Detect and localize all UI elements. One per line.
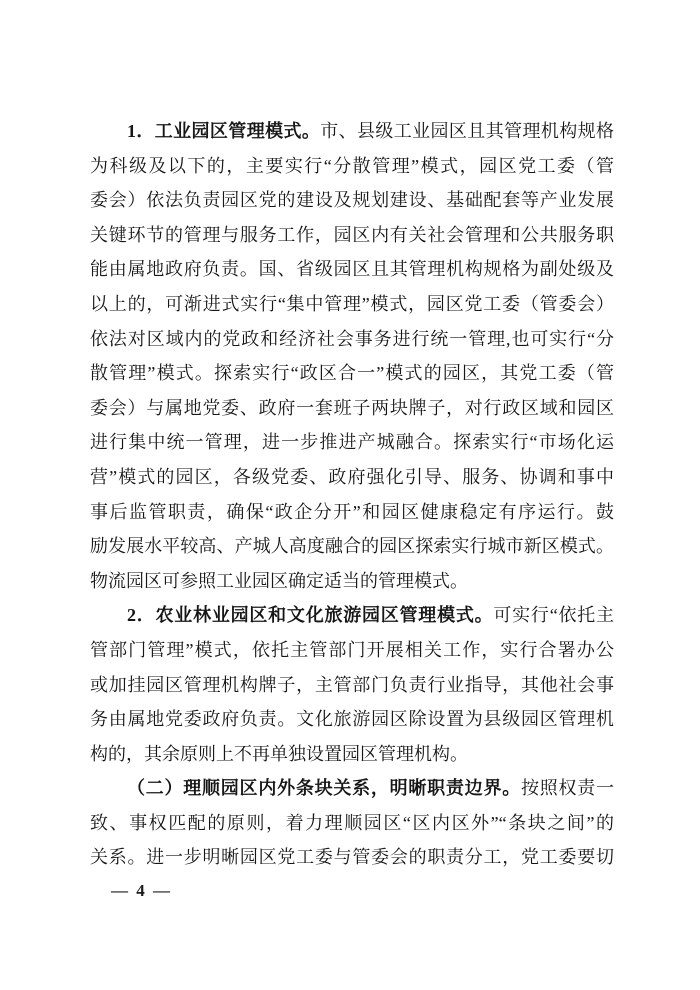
text-line: 关键环节的管理与服务工作，园区内有关社会管理和公共服务职: [90, 218, 614, 253]
text-line: 致、事权匹配的原则，着力理顺园区“区内区外”“条块之间”的: [90, 806, 614, 841]
text-line: 为科级及以下的，主要实行“分散管理”模式，园区党工委（管: [90, 149, 614, 184]
heading-run: 1．工业园区管理模式。: [127, 121, 320, 141]
text-run: 务由属地党委政府负责。文化旅游园区除设置为县级园区管理机: [90, 709, 614, 729]
text-line: （二）理顺园区内外条块关系，明晰职责边界。按照权责一: [90, 771, 614, 806]
text-line: 散管理”模式。探索实行“政区合一”模式的园区，其党工委（管: [90, 356, 614, 391]
text-run: 关键环节的管理与服务工作，园区内有关社会管理和公共服务职: [90, 225, 614, 245]
text-run: 以上的，可渐进式实行“集中管理”模式，园区党工委（管委会）: [90, 294, 614, 314]
text-line: 事后监管职责，确保“政企分开”和园区健康稳定有序运行。鼓: [90, 495, 614, 530]
text-run: 致、事权匹配的原则，着力理顺园区“区内区外”“条块之间”的: [90, 813, 614, 833]
document-page: 1．工业园区管理模式。市、县级工业园区且其管理机构规格为科级及以下的，主要实行“…: [0, 0, 700, 990]
text-run: 构的，其余原则上不再单独设置园区管理机构。: [90, 744, 468, 764]
text-line: 或加挂园区管理机构牌子，主管部门负责行业指导，其他社会事: [90, 668, 614, 703]
text-line: 进行集中统一管理，进一步推进产城融合。探索实行“市场化运: [90, 425, 614, 460]
text-run: 散管理”模式。探索实行“政区合一”模式的园区，其党工委（管: [90, 363, 614, 383]
text-line: 管部门管理”模式，依托主管部门开展相关工作，实行合署办公: [90, 633, 614, 668]
heading-run: 2．农业林业园区和文化旅游园区管理模式。: [127, 605, 493, 625]
text-line: 励发展水平较高、产城人高度融合的园区探索实行城市新区模式。: [90, 529, 614, 564]
document-body: 1．工业园区管理模式。市、县级工业园区且其管理机构规格为科级及以下的，主要实行“…: [90, 114, 614, 875]
text-line: 物流园区可参照工业园区确定适当的管理模式。: [90, 564, 614, 599]
text-run: 事后监管职责，确保“政企分开”和园区健康稳定有序运行。鼓: [90, 502, 614, 522]
text-line: 以上的，可渐进式实行“集中管理”模式，园区党工委（管委会）: [90, 287, 614, 322]
text-run: 励发展水平较高、产城人高度融合的园区探索实行城市新区模式。: [90, 536, 614, 556]
text-line: 委会）与属地党委、政府一套班子两块牌子，对行政区域和园区: [90, 391, 614, 426]
text-line: 关系。进一步明晰园区党工委与管委会的职责分工，党工委要切: [90, 840, 614, 875]
page-number: — 4 —: [111, 881, 172, 901]
text-line: 务由属地党委政府负责。文化旅游园区除设置为县级园区管理机: [90, 702, 614, 737]
text-run: 管部门管理”模式，依托主管部门开展相关工作，实行合署办公: [90, 640, 614, 660]
text-run: 物流园区可参照工业园区确定适当的管理模式。: [90, 571, 468, 591]
text-run: 委会）与属地党委、政府一套班子两块牌子，对行政区域和园区: [90, 398, 614, 418]
text-run: 市、县级工业园区且其管理机构规格: [320, 121, 614, 141]
text-line: 2．农业林业园区和文化旅游园区管理模式。可实行“依托主: [90, 598, 614, 633]
text-run: 可实行“依托主: [493, 605, 614, 625]
text-line: 营”模式的园区，各级党委、政府强化引导、服务、协调和事中: [90, 460, 614, 495]
text-run: 依法对区域内的党政和经济社会事务进行统一管理,也可实行“分: [90, 329, 614, 349]
text-line: 1．工业园区管理模式。市、县级工业园区且其管理机构规格: [90, 114, 614, 149]
text-run: 委会）依法负责园区党的建设及规划建设、基础配套等产业发展: [90, 190, 614, 210]
heading-run: （二）理顺园区内外条块关系，明晰职责边界。: [127, 778, 521, 798]
text-run: 进行集中统一管理，进一步推进产城融合。探索实行“市场化运: [90, 432, 614, 452]
text-run: 按照权责一: [521, 778, 614, 798]
text-line: 委会）依法负责园区党的建设及规划建设、基础配套等产业发展: [90, 183, 614, 218]
text-run: 营”模式的园区，各级党委、政府强化引导、服务、协调和事中: [90, 467, 614, 487]
text-run: 或加挂园区管理机构牌子，主管部门负责行业指导，其他社会事: [90, 675, 614, 695]
text-run: 为科级及以下的，主要实行“分散管理”模式，园区党工委（管: [90, 156, 614, 176]
text-run: 关系。进一步明晰园区党工委与管委会的职责分工，党工委要切: [90, 847, 614, 867]
text-line: 构的，其余原则上不再单独设置园区管理机构。: [90, 737, 614, 772]
text-line: 依法对区域内的党政和经济社会事务进行统一管理,也可实行“分: [90, 322, 614, 357]
text-line: 能由属地政府负责。国、省级园区且其管理机构规格为副处级及: [90, 252, 614, 287]
text-run: 能由属地政府负责。国、省级园区且其管理机构规格为副处级及: [90, 259, 614, 279]
